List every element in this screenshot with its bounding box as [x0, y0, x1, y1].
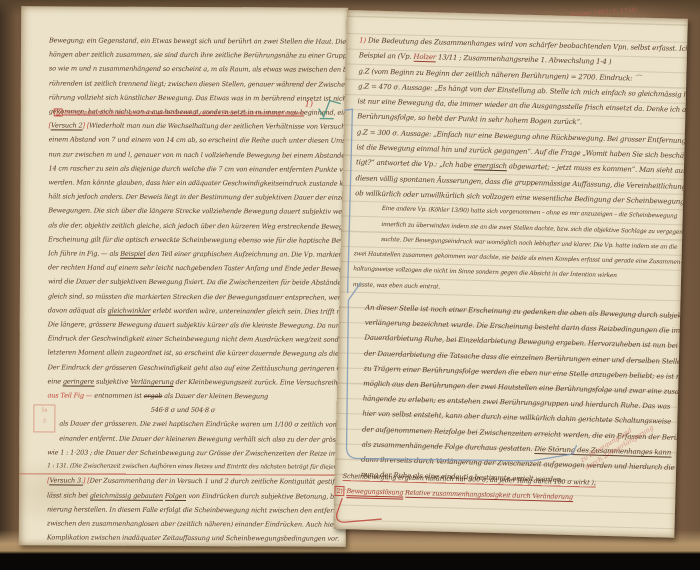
manuscript-line: 1 : 131. (Die Zwischenzeit zwischen Aufh… — [19, 459, 346, 475]
manuscript-line: nun zur zwischen m und l, genauer von m … — [21, 147, 348, 163]
manuscript-line: 546·8 σ und 504·8 σ — [19, 403, 346, 419]
manuscript-line: aus Teil Fig — entnommen ist ergab als D… — [19, 388, 346, 404]
red-footnote-mark: 1) — [305, 100, 313, 109]
manuscript-line: lässt sich bei gleichmässig gebauten Fol… — [19, 488, 346, 504]
red-heading-number: 2) — [54, 108, 63, 116]
manuscript-line: wie 1 : 1·203 ; die Dauer der Scheinbewe… — [19, 445, 346, 461]
manuscript-line: davon adäquat als gleichwinkler erlebt w… — [20, 303, 347, 319]
manuscript-line: [Versuch 2] [Wiederholt man nun die Wech… — [21, 119, 348, 135]
manuscript-line: als Dauer der grösseren. Die zwei haptis… — [19, 417, 346, 433]
red-footnote-number: 2) — [334, 486, 345, 496]
manuscript-line: Eindruck der Geschwindigkeit einer Schei… — [20, 332, 347, 348]
manuscript-line: [Versuch 3.] [Der Zusammenhang der in Ve… — [19, 474, 346, 490]
red-heading-text: Bewegungseindruck und -geschwindigkeit b… — [64, 109, 304, 116]
archive-stamp: 5a 3 — [33, 404, 55, 432]
manuscript-scan: Kasper 1912. 1. 17-90 Bewegung; ein Gege… — [0, 0, 700, 570]
manuscript-line: einem Abstand von 7 und einem von 14 cm … — [21, 133, 348, 149]
right-block-bracketed: An dieser Stelle ist noch einer Erschein… — [335, 300, 681, 491]
red-footnote-keyword: Bewegungslösung — [346, 487, 403, 499]
manuscript-line: Bewegung; ein Gegenstand, ein Etwas bewe… — [21, 33, 348, 49]
manuscript-line: Erscheinung gilt für die optisch erweckt… — [20, 232, 347, 248]
manuscript-line: so wie m und n zusammenhängend so ersche… — [21, 62, 348, 78]
manuscript-line: rührung vollzieht sich künstlicher Beweg… — [21, 90, 348, 106]
manuscript-line: hängen aber zeitlich zusammen, sie sind … — [21, 47, 348, 63]
right-manuscript-page: 1) Die Bedeutung des Zusammenhanges wird… — [333, 10, 687, 538]
manuscript-line: Bewegungen. Die sich über die längere St… — [20, 204, 347, 220]
manuscript-line: rührenden ist zeitlich trennend liegt; z… — [21, 76, 348, 92]
manuscript-line: der rechten Hand auf einem sehr leicht n… — [20, 261, 347, 277]
stamp-line: 5a — [34, 405, 54, 416]
manuscript-line: eine geringere subjektive Verlängerung d… — [20, 374, 347, 390]
manuscript-line: werden. Man könnte glauben, dass hier ei… — [20, 175, 347, 191]
manuscript-line: zwischen den zusammenhanglosen aber (zei… — [19, 516, 346, 532]
manuscript-line: Die längere, grössere Bewegung dauert su… — [20, 317, 347, 333]
manuscript-line: als die der, objektiv zeitlich gleiche, … — [20, 218, 347, 234]
manuscript-line: nierung herstellen. In diesem Falle erfo… — [19, 502, 346, 518]
manuscript-line: Der Eindruck der grösseren Geschwindigke… — [20, 360, 347, 376]
manuscript-line: hält sich jedoch anders. Der Beweis lieg… — [20, 190, 347, 206]
right-block-protocol: 1) Die Bedeutung des Zusammenhanges wird… — [340, 33, 688, 302]
manuscript-line: einander entfernt. Die Dauer der kleiner… — [19, 431, 346, 447]
manuscript-line: Ich führe in Fig. — als Beispiel den Tei… — [20, 246, 347, 262]
manuscript-line: letzteren Moment allein zugeordnet ist, … — [20, 346, 347, 362]
manuscript-line: 14 cm rascher zu sein als diejenige durc… — [20, 161, 347, 177]
right-page-text: 1) Die Bedeutung des Zusammenhanges wird… — [333, 10, 687, 538]
red-interlinear-heading: 2) Bewegungseindruck und -geschwindigkei… — [54, 109, 304, 116]
manuscript-line: Komplikation zwischen inadäquater Zeitau… — [19, 530, 346, 546]
manuscript-line: gleich sind, so müssten die markierten S… — [20, 289, 347, 305]
left-page-text: Bewegung; ein Gegenstand, ein Etwas bewe… — [19, 6, 348, 546]
manuscript-line: wird die Dauer der subjektiven Bewegung … — [20, 275, 347, 291]
stamp-line: 3 — [34, 416, 54, 427]
left-manuscript-page: Bewegung; ein Gegenstand, ein Etwas bewe… — [19, 6, 348, 546]
